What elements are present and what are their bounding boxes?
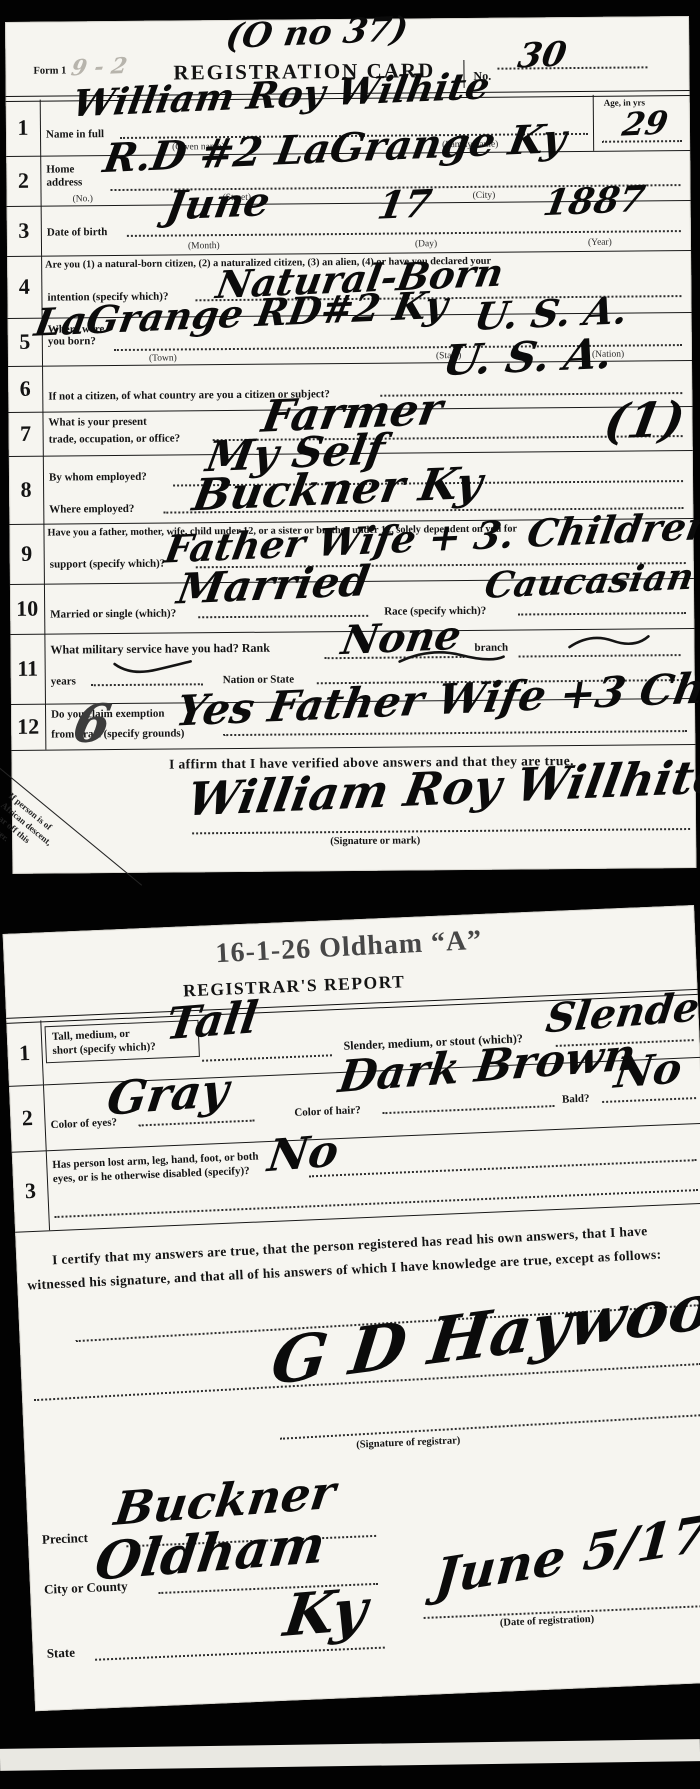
- county-stamp: 16-1-26 Oldham “A”: [215, 925, 483, 970]
- date-of-registration-label: (Date of registration): [500, 1614, 595, 1629]
- married-answer: Married: [174, 560, 372, 610]
- state-value: Ky: [281, 1580, 371, 1645]
- row-number: 9: [9, 524, 45, 584]
- row-date-of-birth: 3 Date of birth (Month) (Day) (Year) Jun…: [7, 200, 691, 257]
- scanned-draft-registration-document: (O no 37) Form 1 9 - 2 REGISTRATION CARD…: [0, 0, 700, 1789]
- disability-answer: No: [265, 1130, 341, 1180]
- state-label: State: [46, 1646, 75, 1662]
- row-number: 12: [11, 704, 46, 750]
- age-value: 29: [620, 107, 670, 141]
- top-annotation: (O no 37): [223, 12, 410, 54]
- home-address-label: Home address: [46, 163, 102, 189]
- form-scribble: 9 - 2: [70, 55, 129, 79]
- state-line: [95, 1647, 385, 1661]
- eyes-answer: Gray: [105, 1066, 232, 1122]
- age-box: Age, in yrs 29: [593, 94, 690, 151]
- row-number: 1: [6, 100, 41, 156]
- occupation-mark: (1): [601, 395, 688, 446]
- military-rank-label: What military service have you had? Rank: [50, 642, 269, 658]
- signature-or-mark-label: (Signature or mark): [330, 835, 420, 847]
- registrar-signature-label: (Signature of registrar): [356, 1435, 460, 1450]
- row-number: 3: [7, 206, 42, 256]
- year-sublabel: (Year): [588, 238, 612, 248]
- dob-line: [127, 230, 681, 237]
- blank-line-3: [280, 1414, 700, 1440]
- city-or-county-value: Oldham: [92, 1519, 328, 1589]
- married-label: Married or single (which)?: [50, 608, 176, 622]
- occupation-label: What is your present: [48, 416, 146, 429]
- month-sublabel: (Month): [188, 241, 220, 251]
- pen-stroke: [566, 630, 650, 658]
- hair-line: [382, 1105, 554, 1114]
- bald-answer: No: [612, 1047, 684, 1094]
- race-line: [518, 612, 686, 615]
- pen-stroke: [113, 657, 193, 683]
- tear-corner-note: If person is of African descent, tear of…: [0, 790, 69, 873]
- years-label: years: [51, 676, 76, 689]
- dob-year-answer: 1887: [541, 181, 648, 221]
- signature-line: [192, 828, 690, 834]
- row-number: 8: [9, 456, 45, 524]
- where-employed-answer: Buckner Ky: [189, 462, 485, 519]
- name-label: Name in full: [46, 128, 104, 141]
- registration-date-value: June 5/17: [433, 1509, 700, 1603]
- height-line: [202, 1054, 332, 1061]
- height-label: Tall, medium, or: [52, 1028, 130, 1043]
- registrars-report-card: 16-1-26 Oldham “A” REGISTRAR'S REPORT 1 …: [3, 905, 700, 1711]
- row-number: 7: [8, 412, 43, 456]
- dob-day-answer: 17: [375, 184, 435, 224]
- row-number: 2: [9, 1084, 47, 1151]
- row-number: 1: [6, 1020, 44, 1085]
- row-exemption: 12 Do you claim exemption from draft (sp…: [11, 698, 695, 751]
- dob-label: Date of birth: [47, 226, 108, 239]
- row-number: 3: [12, 1150, 50, 1231]
- name-answer: William Roy Wilhite: [70, 67, 492, 122]
- married-line: [198, 615, 368, 618]
- registration-card: (O no 37) Form 1 9 - 2 REGISTRATION CARD…: [5, 16, 696, 874]
- row-number: 2: [6, 156, 41, 206]
- hair-label: Color of hair?: [294, 1105, 361, 1120]
- no-sublabel: (No.): [73, 194, 93, 204]
- precinct-label: Precinct: [42, 1531, 89, 1548]
- age-line: [602, 140, 682, 143]
- race-answer: Caucasian: [482, 559, 696, 604]
- scan-artifact-strip: [0, 1739, 700, 1771]
- pen-stroke: [397, 647, 507, 675]
- bald-line: [602, 1097, 696, 1103]
- by-whom-employed-label: By whom employed?: [49, 471, 147, 484]
- row-number: 11: [10, 634, 46, 704]
- where-employed-label: Where employed?: [49, 503, 134, 516]
- height-answer: Tall: [163, 996, 260, 1047]
- not-citizen-answer: U. S. A.: [440, 333, 615, 382]
- extra-blank-line: [54, 1189, 698, 1218]
- row-number: 6: [8, 366, 43, 412]
- dependents-label-2: support (specify which)?: [50, 558, 166, 572]
- no-value: 30: [515, 37, 568, 73]
- form-label: Form 1: [33, 65, 66, 77]
- town-sublabel: (Town): [149, 353, 177, 363]
- dob-month-answer: June: [163, 182, 273, 227]
- row-number: 10: [10, 584, 45, 634]
- city-sublabel: (City): [473, 191, 496, 201]
- disability-line: [309, 1159, 697, 1177]
- bald-label: Bald?: [562, 1093, 590, 1107]
- exemption-line: [223, 730, 687, 736]
- height-label-2: short (specify which)?: [52, 1041, 156, 1057]
- day-sublabel: (Day): [415, 239, 437, 249]
- occupation-label-2: trade, occupation, or office?: [49, 433, 181, 447]
